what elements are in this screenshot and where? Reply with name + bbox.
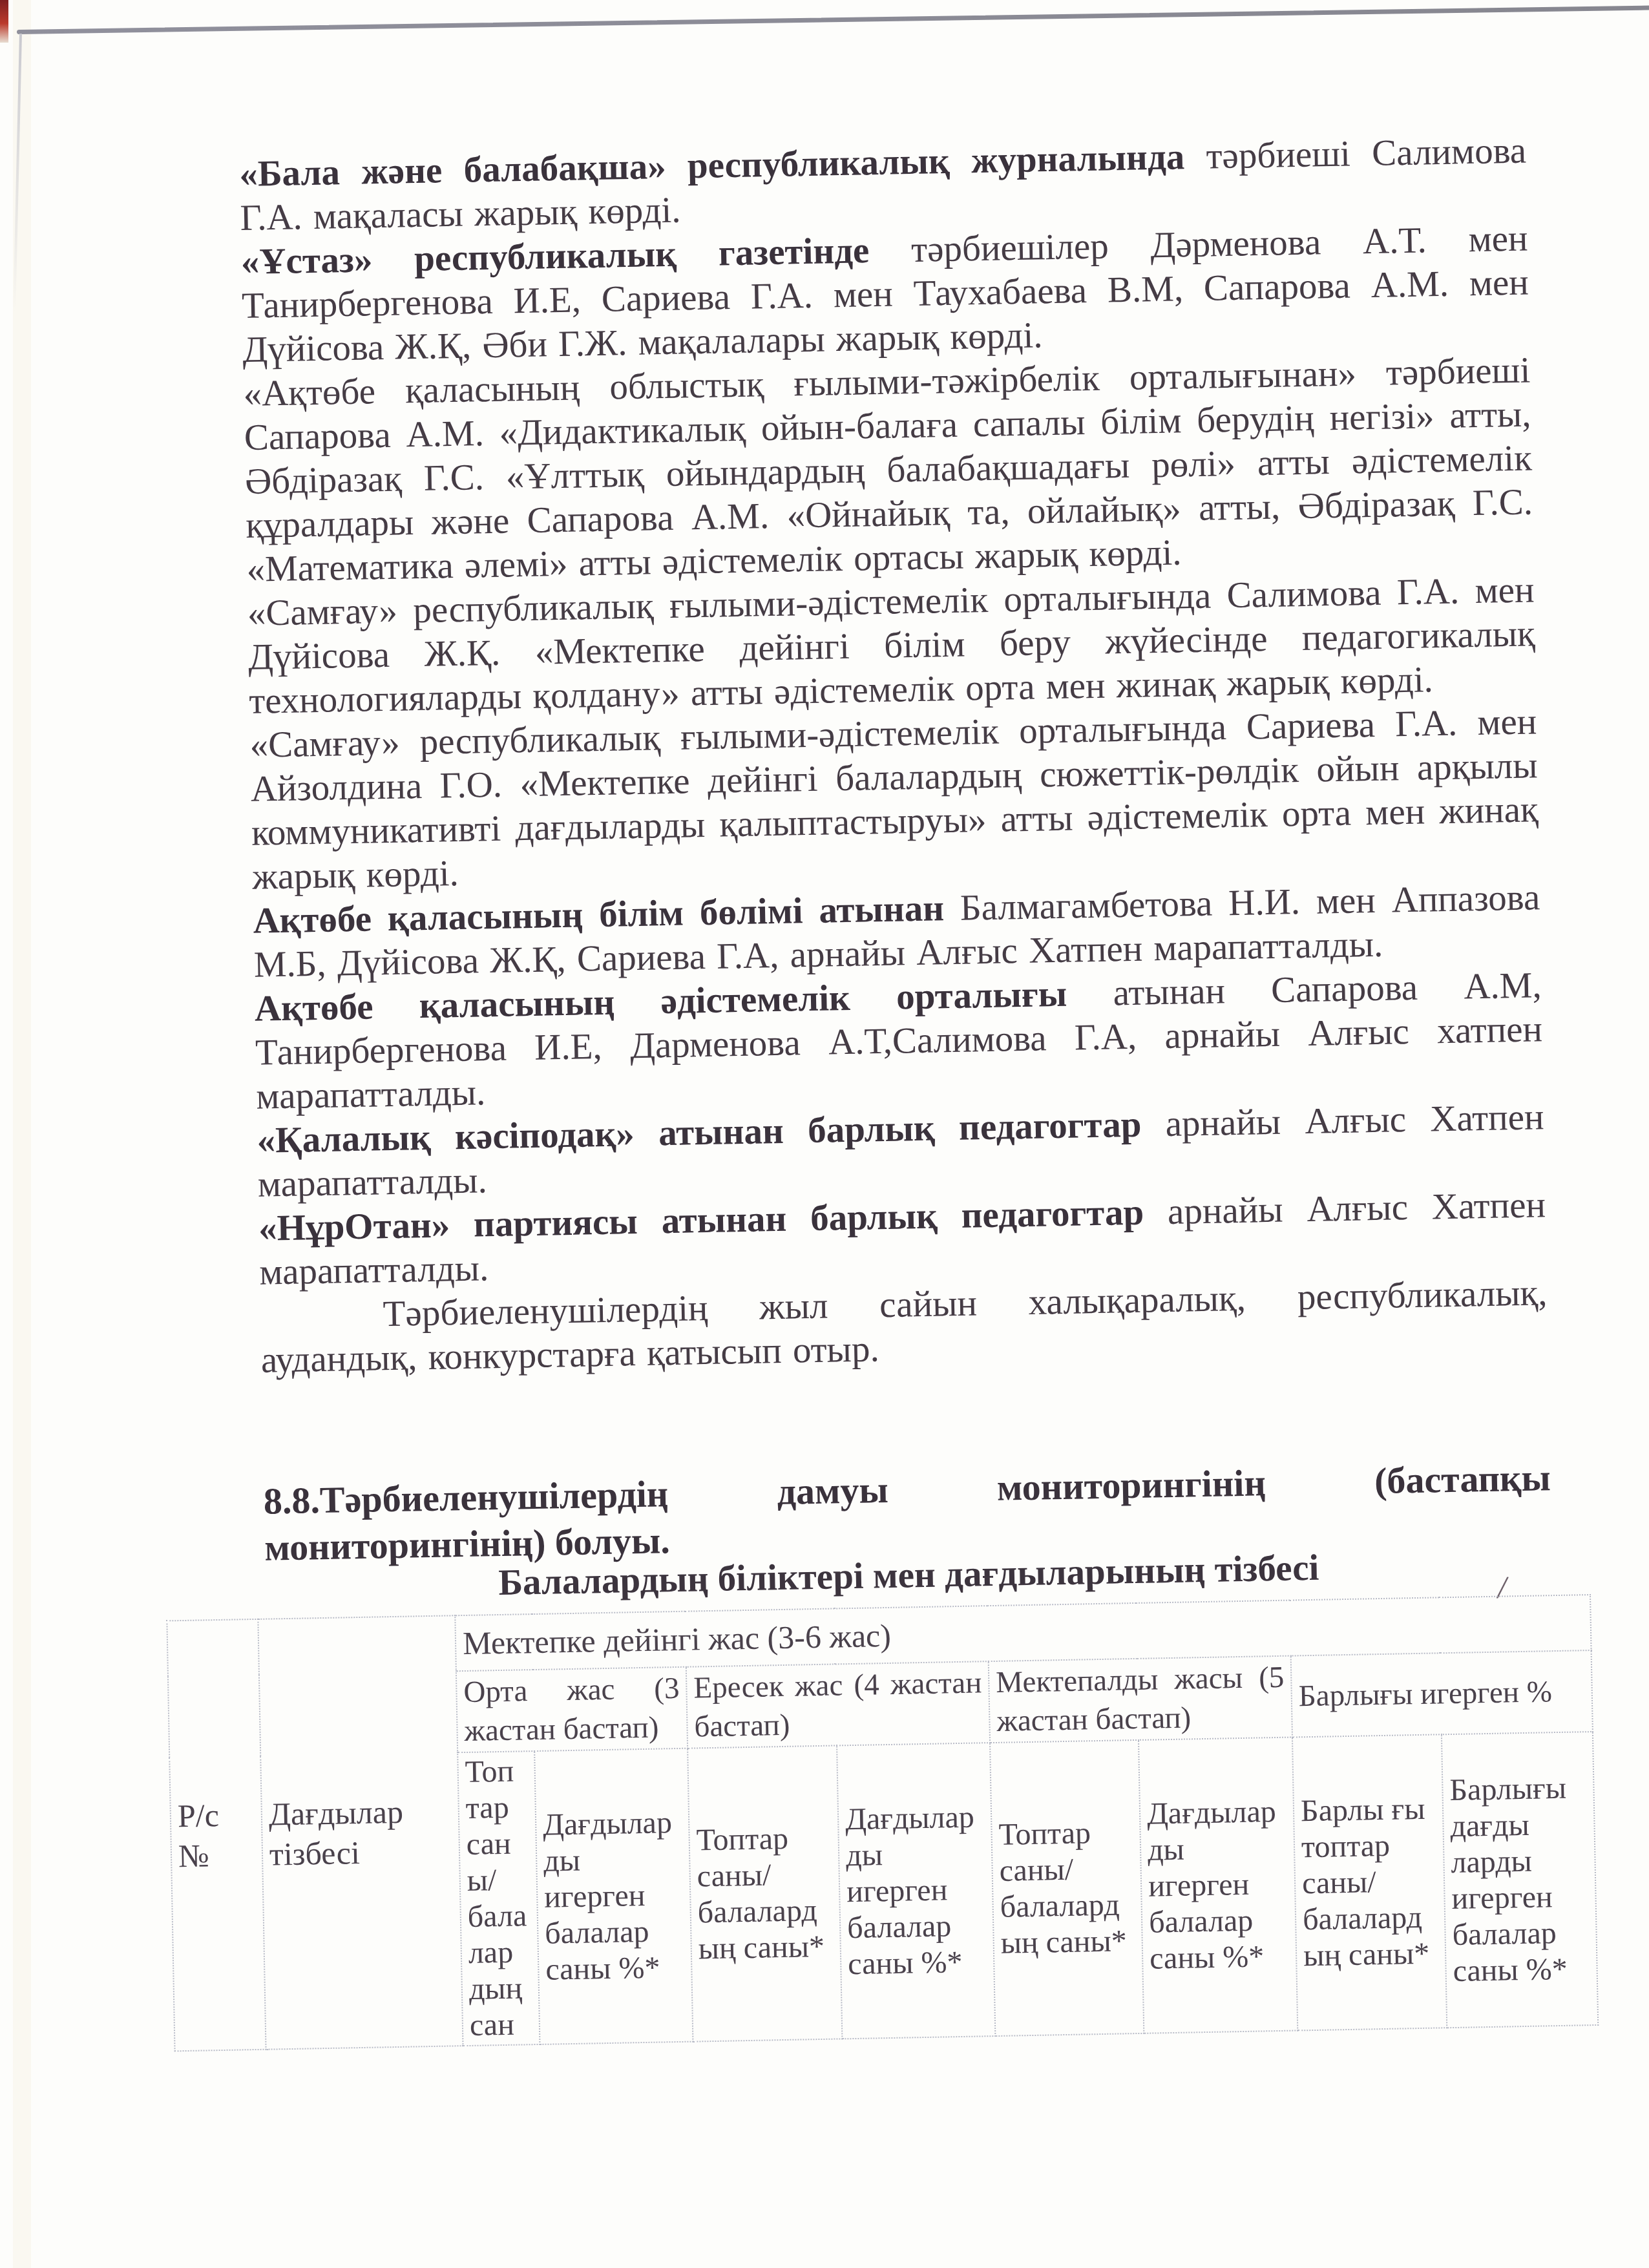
col-header-row-number: Р/с № [167,1619,266,2051]
paragraph: «Ақтөбе қаласының облыстық ғылыми-тәжірб… [243,348,1534,591]
age-group-senior: Ересек жас (4 жастан бастап) [686,1661,990,1748]
body-text: «Бала және балабақша» республикалық журн… [239,129,1549,1382]
subcol-total-skills-acquired: Барлығы дағды ларды игерген балалар саны… [1442,1732,1598,2028]
subcol-total-groups-children: Барлы ғы топтар саны/ балалард ың саны* [1292,1734,1447,2030]
paragraph: Ақтөбе қаласының әдістемелік орталығы ат… [254,963,1543,1118]
paragraph-text: «Самғау» республикалық ғылыми-әдістемелі… [249,701,1539,897]
skills-monitoring-table: Р/с № Дағдылар тізбесі Мектепке дейінгі … [166,1594,1599,2052]
subcol-groups-children-count-3: Топтар саны/ балалард ың саны* [990,1740,1144,2036]
subcol-skills-acquired-1: Дағдылар ды игерген балалар саны %* [534,1748,693,2044]
paragraph-bold: «Бала және балабақша» республикалық журн… [239,136,1185,194]
age-group-preschool: Мектепалды жасы (5 жастан бастап) [989,1656,1292,1743]
page-sheet: «Бала және балабақша» республикалық журн… [0,0,1649,2268]
paragraph-text: «Самғау» республикалық ғылыми-әдістемелі… [247,569,1535,721]
subcol-skills-acquired-3: Дағдылар ды игерген балалар саны %* [1139,1738,1297,2033]
paragraph: «Самғау» республикалық ғылыми-әдістемелі… [249,700,1540,899]
paragraph: «Самғау» республикалық ғылыми-әдістемелі… [247,568,1536,723]
skills-monitoring-table-wrap: Р/с № Дағдылар тізбесі Мектепке дейінгі … [166,1594,1599,2052]
subcol-groups-children-count-1: Топ тар сан ы/ бала лар дың сан [457,1751,540,2046]
scanned-document-page: { "document": { "paragraphs": [ {"bold":… [0,0,1649,2268]
paragraph: «Ұстаз» республикалық газетінде тәрбиеші… [240,216,1529,372]
age-group-middle: Орта жас (3 жастан бастап) [456,1667,688,1753]
col-header-skills-list: Дағдылар тізбесі [258,1615,463,2049]
subcol-groups-children-count-2: Топтар саны/ балалард ың саны* [688,1745,842,2041]
subcol-skills-acquired-2: Дағдылар ды игерген балалар саны %* [837,1743,995,2039]
age-group-total: Барлығы игерген % [1291,1650,1593,1738]
paragraph-text: «Ақтөбе қаласының облыстық ғылыми-тәжірб… [243,350,1533,589]
